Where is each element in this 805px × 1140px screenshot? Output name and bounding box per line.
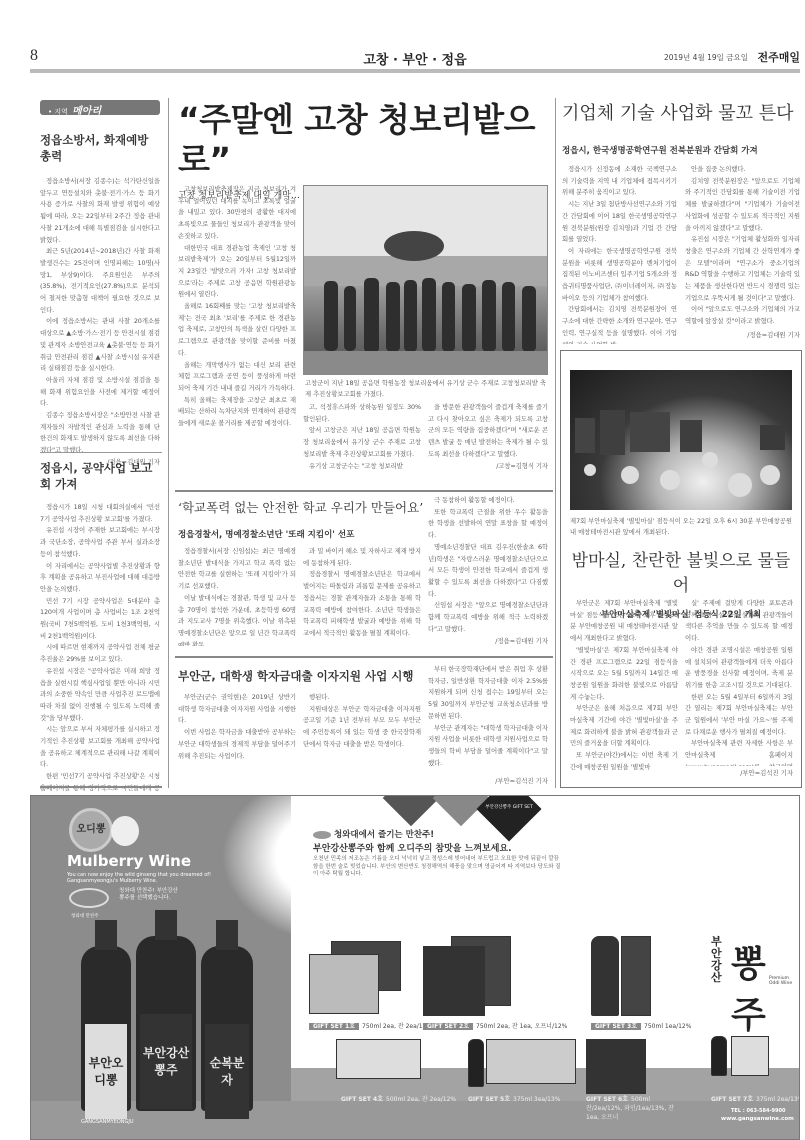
- masthead: 8 고창 · 부안 · 정읍 2019년 4월 19일 금요일 전주매일: [30, 47, 800, 71]
- gift-set-6-label: GIFT SET 6호500ml 잔/2ea/12%, 와인/1ea/13%, …: [586, 1094, 676, 1121]
- ad-title-en: Mulberry Wine: [67, 852, 191, 870]
- bottle-bokbunja: 순복분자: [201, 946, 253, 1111]
- gift-set-7-label: GIFT SET 7호375ml 2ea/13%: [711, 1094, 800, 1103]
- gift-box-3: [621, 936, 651, 1016]
- masthead-rule: [30, 69, 800, 73]
- gift-box-5: [486, 1039, 576, 1084]
- byline: /정읍=김대원 기자: [428, 636, 548, 648]
- mulberry-wine-advertisement[interactable]: 오디뽕 Mulberry Wine You can now enjoy the …: [30, 795, 800, 1140]
- byline: /부안=김석진 기자: [428, 776, 548, 788]
- night-photo-caption: 제7회 부안마실축제 '별빛마실' 점등식이 오는 22일 오후 6시 30분 …: [570, 516, 792, 538]
- byline: /부안=김석진 기자: [685, 768, 793, 780]
- publish-date: 2019년 4월 19일 금요일: [664, 52, 748, 63]
- ad-headline-2: 부안강산뽕주와 함께 오디주의 참맛을 느껴보세요.: [313, 841, 512, 854]
- blue-house-text: 청와대 만찬주! 부안강산뽕주를 선택했습니다.: [119, 888, 179, 902]
- column-divider: [555, 98, 556, 788]
- gift-box-1: [309, 954, 379, 1014]
- tech-body-col1: 정읍시가 신정동에 소재한 국책연구소의 기술력을 지역 내 기업체에 접목시키…: [562, 164, 677, 344]
- night-lights-photo: [570, 370, 792, 510]
- gift-box-6: [586, 1039, 646, 1094]
- school-body-col2: 과 밀 바이커 해소 및 자하사고 제재 방지에 동참하게 된다. 정읍경찰서 …: [303, 546, 421, 646]
- article-headline: 정읍소방서, 화재예방 총력: [40, 132, 160, 164]
- gift-box-7: [731, 1036, 769, 1076]
- mascot-icon: [111, 816, 139, 846]
- article-tech-business: 기업체 기술 사업화 물꼬 튼다 정읍시, 한국생명공학연구원 전북분원과 간담…: [562, 100, 800, 156]
- lead-body-col3: 을 방문한 관광객들이 즐겁게 축제를 즐기고 다시 찾아오고 싶은 축제가 되…: [428, 402, 548, 472]
- ad-tel: TEL : 063-584-9900: [731, 1108, 785, 1114]
- article-body: 정읍소방서(서장 김종수)는 석가탄신일을 앞두고 연등설치와 촛불·전기·가스…: [40, 176, 160, 457]
- ad-website-link[interactable]: www.gangsanwine.com: [721, 1116, 794, 1122]
- lead-photo: [303, 185, 548, 375]
- lead-headline: “주말엔 고창 청보리밭으로”: [178, 100, 548, 180]
- byline: /정읍=김대원 기자: [685, 330, 800, 342]
- gift-box-3-bottle: [591, 936, 619, 1016]
- gift-set-1-label: GIFT SET 1호750ml 2ea, 잔 2ea/16%: [309, 1021, 432, 1030]
- lead-body-col1: 고창청보리밭축제장은 지금 청보리가 겨우내 얼어있던 대지를 녹이고 초록빛 …: [178, 184, 296, 489]
- loan-body-col1: 부안군(군수 권익현)은 2019년 상반기 대학생 학자금대출 이자지원 사업…: [178, 692, 296, 787]
- ad-tagline-en: You can now enjoy the wild ginseng that …: [67, 872, 242, 884]
- tag-small: 지역: [54, 108, 68, 116]
- paper-name: 전주매일: [757, 49, 800, 65]
- article-headline: 기업체 기술 사업화 물꼬 튼다: [562, 100, 800, 128]
- ad-headline-1: 청와대에서 즐기는 만찬주!: [313, 828, 434, 840]
- night-body-col2: 실' 주제에 걸맞게 다양한 포토존과 함께 조명시설 등을 설치해 관광객들이…: [685, 598, 793, 766]
- bullet-icon: •: [48, 108, 52, 116]
- tech-body-col2: 안을 집중 논의했다. 김치영 전북분원장은 "앞으로도 기업체와 주기적인 간…: [685, 164, 800, 332]
- gift-set-5-label: GIFT SET 5호375ml 3ea/13%: [468, 1094, 560, 1103]
- region-tag-bar: • 지역 메아리: [40, 100, 160, 115]
- article-headline: 밤마실, 찬란한 불빛으로 물들어: [565, 546, 797, 596]
- ad-body: 오천년 민족의 저조농은 기름을 오디 넉넉히 넣고 정성스레 빚어내어 부드럽…: [313, 856, 563, 879]
- blue-house-emblem-icon: [69, 888, 109, 908]
- school-body-col3: 극 동참하여 활동할 예정이다. 또한 학교폭력 근절을 위한 우수 활동을 한…: [428, 495, 548, 647]
- gift-box-2: [423, 946, 485, 1016]
- article-fire-safety: 정읍소방서, 화재예방 총력 정읍소방서(서장 김종수)는 석가탄신일을 앞두고…: [40, 132, 160, 469]
- diamond-badge-text: 부안강산뽕주 GIFT SET: [481, 804, 537, 810]
- night-cityscape-photo-icon: [570, 370, 792, 510]
- people-walking-photo-icon: [304, 186, 548, 375]
- article-subheadline: 정읍시, 한국생명공학연구원 전북분원과 간담회 가져: [562, 144, 800, 156]
- emblem-icon: [313, 831, 331, 839]
- article-student-loan: 부안군, 대학생 학자금대출 이자지원 사업 시행: [178, 668, 423, 684]
- lead-photo-caption: 고창군이 지난 18일 공음면 학원농장 청보리움에서 유기상 군수 주재로 고…: [305, 378, 550, 400]
- gift-box-4: [336, 1039, 421, 1079]
- column-divider: [168, 98, 169, 788]
- gift-set-3-label: GIFT SET 3호750ml 1ea/12%: [591, 1021, 691, 1030]
- loan-body-col2: 행된다. 지원대상은 부안군 학자금대출 이자지원 공고일 기준 1년 전부터 …: [303, 692, 421, 787]
- brand-sub: Premium Oddi Wine: [769, 976, 799, 986]
- article-pledge-report: 정읍시, 공약사업 보고회 가져 정읍시가 18일 시청 대회의실에서 '민선 …: [40, 460, 160, 818]
- lead-body-col2: 고, 석정휴스파와 상하농원 일정도 30% 할인된다. 앞서 고창군은 지난 …: [303, 402, 421, 490]
- divider: [40, 452, 162, 453]
- loan-body-col3: 부터 한국장학재단에서 받은 취업 후 상환학자금, 일반상환 학자금대출 이자…: [428, 664, 548, 778]
- school-body-col1: 정읍경찰서(서장 신임섭)는 최근 명예경찰소년단 발대식을 가지고 학교 폭력…: [178, 546, 296, 646]
- bottle-gangsan-bbongju: 부안강산 뽕주: [136, 936, 196, 1111]
- brand-logo-big: 뽕주: [731, 936, 799, 1038]
- divider: [175, 490, 553, 492]
- article-headline: 정읍시, 공약사업 보고회 가져: [40, 460, 160, 492]
- region-tag: • 지역 메아리: [40, 100, 160, 115]
- gift-set-4-label: GIFT SET 4호500ml 2ea, 잔 2ea/12%: [341, 1094, 456, 1103]
- company-name-en: GANGSANMYEONGJU: [81, 1119, 134, 1125]
- night-body-col1: 부안군은 제7회 부안마실축제 '별빛마실' 점등식을 오는 22일 오후 6시…: [570, 598, 678, 773]
- gift-set-2-label: GIFT SET 2호750ml 2ea, 잔 1ea, 오프너/12%: [423, 1021, 567, 1030]
- article-body: 정읍시가 18일 시청 대회의실에서 '민선 7기 공약사업 추진상황 보고회'…: [40, 502, 160, 806]
- divider: [175, 656, 553, 658]
- gift-box-7-bottle: [711, 1036, 727, 1076]
- tag-big: 메아리: [72, 106, 101, 117]
- gift-box-5-bottle: [468, 1039, 484, 1087]
- brand-logo-small: 부안강산: [711, 936, 725, 984]
- byline: /고창=김형식 기자: [428, 461, 548, 473]
- diamond-badge: [476, 795, 541, 842]
- bottle-odi-bbong: 부안오디뽕: [81, 946, 131, 1111]
- blue-house-caption: 청와대 만찬주: [71, 913, 99, 919]
- brand-badge-icon: 오디뽕: [69, 808, 113, 852]
- article-headline: 부안군, 대학생 학자금대출 이자지원 사업 시행: [178, 668, 423, 684]
- divider: [40, 786, 162, 788]
